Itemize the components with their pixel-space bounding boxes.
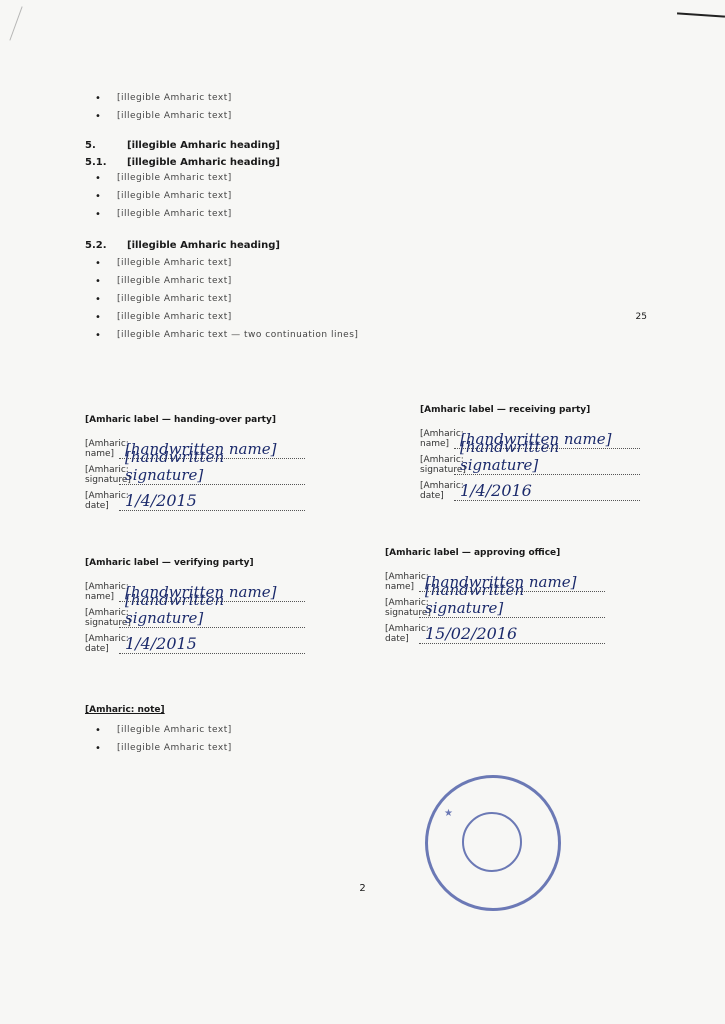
bullet-icon bbox=[95, 108, 99, 126]
bullet-icon bbox=[95, 722, 99, 740]
signature-block-verifier: [Amharic label — verifying party] [Amhar… bbox=[85, 558, 305, 654]
signature-block-approver: [Amharic label — approving office] [Amha… bbox=[385, 548, 605, 644]
signature-field: [handwritten signature] bbox=[119, 448, 305, 485]
list-item: [illegible Amharic text] bbox=[95, 273, 635, 291]
list-item: [illegible Amharic text] bbox=[95, 108, 635, 126]
signature-field: [handwritten signature] bbox=[419, 581, 605, 618]
section-5-2-list: [illegible Amharic text] [illegible Amha… bbox=[95, 255, 635, 345]
section-5-1-heading: 5.1.[illegible Amharic heading] bbox=[85, 157, 280, 168]
bullet-icon bbox=[95, 273, 99, 291]
section-5-1-list: [illegible Amharic text] [illegible Amha… bbox=[95, 170, 635, 224]
list-item: [illegible Amharic text] bbox=[95, 309, 635, 327]
document-page: [illegible Amharic text] [illegible Amha… bbox=[0, 0, 725, 1024]
corner-mark bbox=[677, 12, 725, 17]
signature-field: [handwritten signature] bbox=[454, 438, 640, 475]
bullet-icon bbox=[95, 309, 99, 327]
list-item: [illegible Amharic text] bbox=[95, 90, 635, 108]
bullet-icon bbox=[95, 740, 99, 758]
list-item: [illegible Amharic text] bbox=[95, 255, 635, 273]
date-field: 1/4/2015 bbox=[119, 634, 305, 654]
signature-block-handover: [Amharic label — handing-over party] [Am… bbox=[85, 415, 305, 511]
list-item: [illegible Amharic text] bbox=[95, 291, 635, 309]
note-list: [illegible Amharic text] [illegible Amha… bbox=[95, 722, 635, 758]
list-item: [illegible Amharic text] bbox=[95, 722, 635, 740]
star-icon: ★ bbox=[444, 808, 453, 819]
signature-field: [handwritten signature] bbox=[119, 591, 305, 628]
signature-block-receiver: [Amharic label — receiving party] [Amhar… bbox=[420, 405, 640, 501]
note-title: [Amharic: note] bbox=[85, 705, 165, 715]
bullet-icon bbox=[95, 206, 99, 224]
list-item: [illegible Amharic text] bbox=[95, 188, 635, 206]
page-number: 2 bbox=[0, 883, 725, 894]
bullet-icon bbox=[95, 90, 99, 108]
date-field: 1/4/2015 bbox=[119, 491, 305, 511]
date-field: 15/02/2016 bbox=[419, 624, 605, 644]
list-item: [illegible Amharic text] bbox=[95, 170, 635, 188]
list-item: [illegible Amharic text] bbox=[95, 740, 635, 758]
list-item: [illegible Amharic text] bbox=[95, 206, 635, 224]
bullet-icon bbox=[95, 188, 99, 206]
top-bullet-list: [illegible Amharic text] [illegible Amha… bbox=[95, 90, 635, 126]
margin-number: 25 bbox=[636, 312, 647, 322]
bullet-icon bbox=[95, 291, 99, 309]
list-item: [illegible Amharic text — two continuati… bbox=[95, 327, 635, 345]
section-5-heading: 5.[illegible Amharic heading] bbox=[85, 140, 280, 151]
date-field: 1/4/2016 bbox=[454, 481, 640, 501]
section-5-2-heading: 5.2.[illegible Amharic heading] bbox=[85, 240, 280, 251]
bullet-icon bbox=[95, 170, 99, 188]
bullet-icon bbox=[95, 327, 99, 345]
bullet-icon bbox=[95, 255, 99, 273]
corner-scribble bbox=[9, 6, 69, 57]
